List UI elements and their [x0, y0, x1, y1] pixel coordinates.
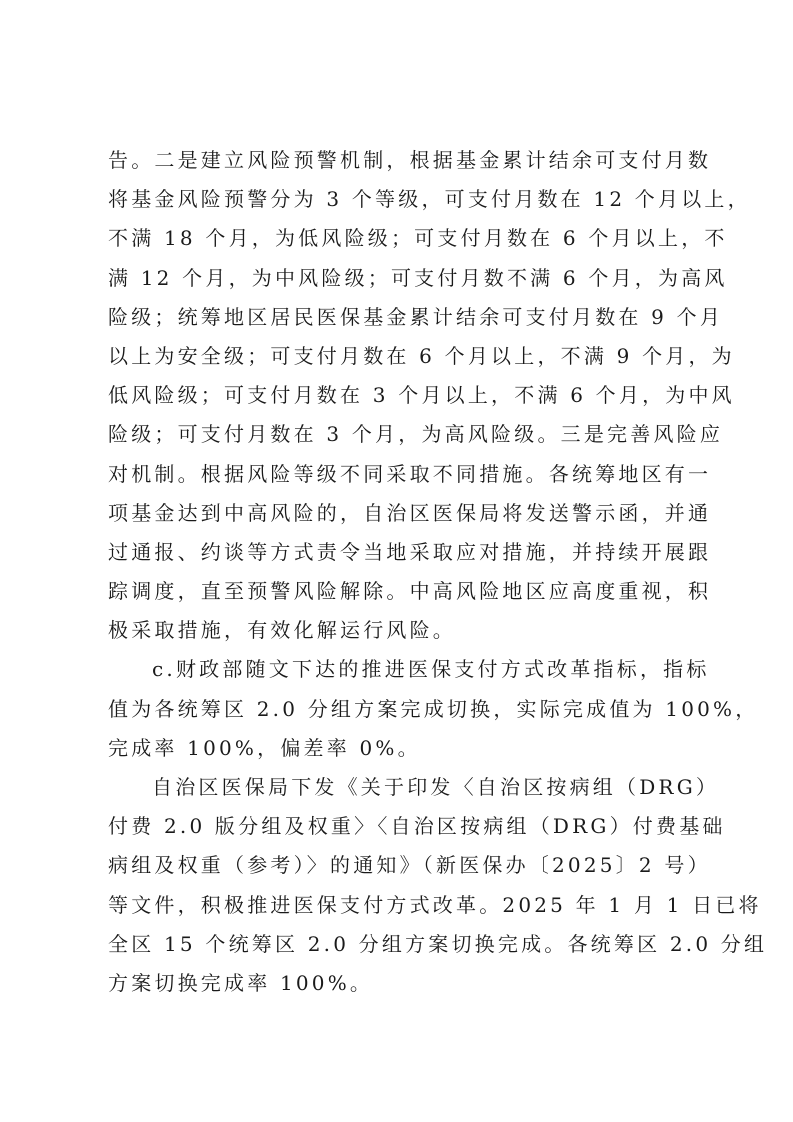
text-line: 自治区医保局下发《关于印发〈自治区按病组（DRG） — [108, 768, 694, 807]
paragraph-drg-notice: 自治区医保局下发《关于印发〈自治区按病组（DRG） 付费 2.0 版分组及权重〉… — [108, 768, 694, 1003]
document-page: 告。二是建立风险预警机制，根据基金累计结余可支付月数 将基金风险预警分为 3 个… — [108, 141, 694, 1003]
text-line: 对机制。根据风险等级不同采取不同措施。各统筹地区有一 — [108, 455, 694, 494]
text-line: 不满 18 个月，为低风险级；可支付月数在 6 个月以上，不 — [108, 219, 694, 258]
text-line: 完成率 100%，偏差率 0%。 — [108, 729, 694, 768]
text-line: 险级；统筹地区居民医保基金累计结余可支付月数在 9 个月 — [108, 298, 694, 337]
text-line: 等文件，积极推进医保支付方式改革。2025 年 1 月 1 日已将 — [108, 886, 694, 925]
text-line: 以上为安全级；可支付月数在 6 个月以上，不满 9 个月，为 — [108, 337, 694, 376]
text-line: c.财政部随文下达的推进医保支付方式改革指标，指标 — [108, 650, 694, 689]
text-line: 全区 15 个统筹区 2.0 分组方案切换完成。各统筹区 2.0 分组 — [108, 925, 694, 964]
text-line: 方案切换完成率 100%。 — [108, 964, 694, 1003]
text-line: 病组及权重（参考）〉的通知》（新医保办〔2025〕2 号） — [108, 846, 694, 885]
text-line: 付费 2.0 版分组及权重〉〈自治区按病组（DRG）付费基础 — [108, 807, 694, 846]
text-line: 将基金风险预警分为 3 个等级，可支付月数在 12 个月以上， — [108, 180, 694, 219]
paragraph-risk-warning: 告。二是建立风险预警机制，根据基金累计结余可支付月数 将基金风险预警分为 3 个… — [108, 141, 694, 650]
text-line: 告。二是建立风险预警机制，根据基金累计结余可支付月数 — [108, 141, 694, 180]
text-line: 踪调度，直至预警风险解除。中高风险地区应高度重视，积 — [108, 572, 694, 611]
text-line: 满 12 个月，为中风险级；可支付月数不满 6 个月，为高风 — [108, 259, 694, 298]
paragraph-payment-reform-indicator: c.财政部随文下达的推进医保支付方式改革指标，指标 值为各统筹区 2.0 分组方… — [108, 650, 694, 768]
text-line: 项基金达到中高风险的，自治区医保局将发送警示函，并通 — [108, 494, 694, 533]
text-line: 值为各统筹区 2.0 分组方案完成切换，实际完成值为 100%， — [108, 690, 694, 729]
text-line: 低风险级；可支付月数在 3 个月以上，不满 6 个月，为中风 — [108, 376, 694, 415]
text-line: 极采取措施，有效化解运行风险。 — [108, 611, 694, 650]
text-line: 险级；可支付月数在 3 个月，为高风险级。三是完善风险应 — [108, 415, 694, 454]
text-line: 过通报、约谈等方式责令当地采取应对措施，并持续开展跟 — [108, 533, 694, 572]
